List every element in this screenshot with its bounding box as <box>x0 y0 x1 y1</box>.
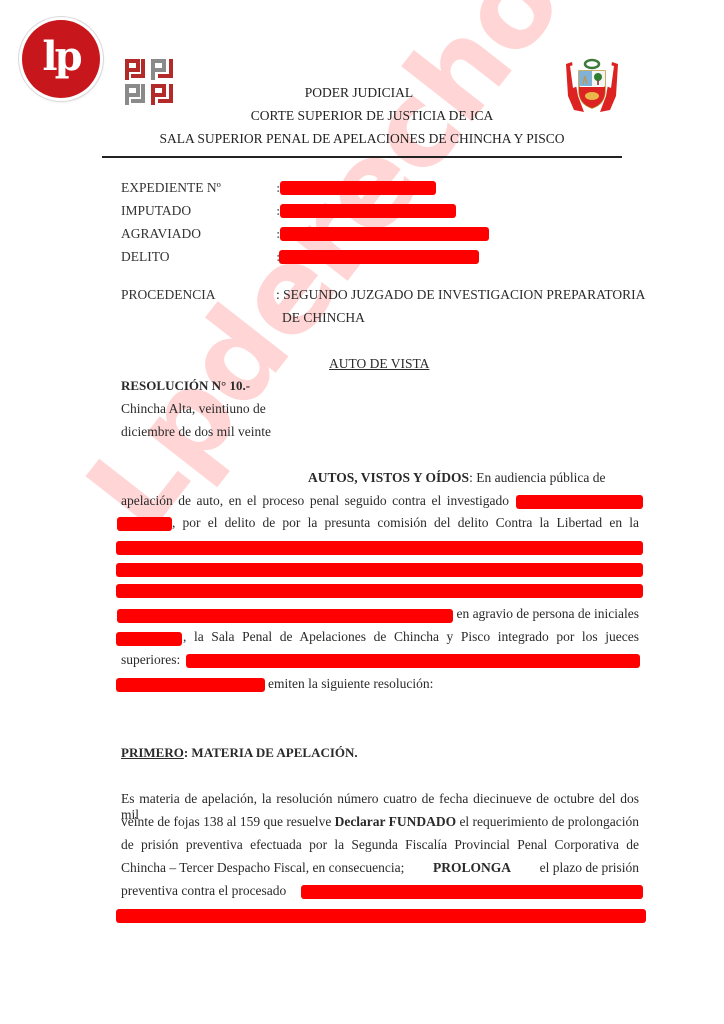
section-title: : MATERIA DE APELACIÓN. <box>184 745 358 760</box>
intro-line-2: apelación de auto, en el proceso penal s… <box>121 493 509 509</box>
section1-line-4: Chincha – Tercer Despacho Fiscal, en con… <box>121 860 639 876</box>
section1-line-3: de prisión preventiva efectuada por la S… <box>121 837 639 853</box>
chamber-name: SALA SUPERIOR PENAL DE APELACIONES DE CH… <box>0 131 724 147</box>
intro-line-9: superiores: <box>121 652 180 668</box>
intro-lead: AUTOS, VISTOS Y OÍDOS <box>308 470 469 485</box>
field-label-procedencia: PROCEDENCIA <box>121 287 216 303</box>
redacted-agraviado <box>280 227 489 241</box>
field-label-delito: DELITO <box>121 249 170 265</box>
redacted-judges-cont <box>116 678 265 692</box>
field-label-expediente: EXPEDIENTE Nº <box>121 180 221 196</box>
lp-logo-text: lp <box>42 37 79 77</box>
court-name: CORTE SUPERIOR DE JUSTICIA DE ICA <box>10 108 724 124</box>
redacted-procesado <box>301 885 643 899</box>
procedencia-value-cont: DE CHINCHA <box>282 310 365 326</box>
redacted-expediente <box>280 181 436 195</box>
intro-line-3: , por el delito de por la presunta comis… <box>172 515 639 531</box>
redacted-initials <box>116 632 182 646</box>
declarar-fundado: Declarar FUNDADO <box>335 814 457 830</box>
section1-line-4b: el plazo de prisión <box>540 860 639 876</box>
redacted-line <box>116 584 643 598</box>
header-divider <box>102 156 622 158</box>
section1-line-2: veinte de fojas 138 al 159 que resuelve … <box>121 814 639 830</box>
redacted-investigado <box>516 495 643 509</box>
field-label-agraviado: AGRAVIADO <box>121 226 201 242</box>
section1-line-2a: veinte de fojas 138 al 159 que resuelve <box>121 814 331 830</box>
intro-line-7: en agravio de persona de iniciales <box>454 606 639 622</box>
prolonga: PROLONGA <box>433 860 511 876</box>
resolution-date-cont: diciembre de dos mil veinte <box>121 424 271 440</box>
institution-name: PODER JUDICIAL <box>0 85 721 101</box>
document-title: AUTO DE VISTA <box>329 356 429 372</box>
resolution-number: RESOLUCIÓN N° 10.- <box>121 378 250 394</box>
redacted-investigado-cont <box>117 517 172 531</box>
redacted-line <box>116 541 643 555</box>
intro-line-1: AUTOS, VISTOS Y OÍDOS: En audiencia públ… <box>308 470 639 486</box>
field-label-imputado: IMPUTADO <box>121 203 191 219</box>
intro-line-10: emiten la siguiente resolución: <box>268 676 433 692</box>
intro-line-1-text: : En audiencia pública de <box>469 470 605 485</box>
section-number: PRIMERO <box>121 745 184 760</box>
redacted-judges <box>186 654 640 668</box>
section-heading-primero: PRIMERO: MATERIA DE APELACIÓN. <box>121 745 358 761</box>
section1-line-4a: Chincha – Tercer Despacho Fiscal, en con… <box>121 860 404 876</box>
resolution-date: Chincha Alta, veintiuno de <box>121 401 266 417</box>
redacted-line-partial <box>117 609 453 623</box>
section1-line-5: preventiva contra el procesado <box>121 883 286 899</box>
redacted-delito <box>279 250 479 264</box>
redacted-imputado <box>280 204 456 218</box>
procedencia-value: : SEGUNDO JUZGADO DE INVESTIGACION PREPA… <box>276 287 645 303</box>
intro-line-8: , la Sala Penal de Apelaciones de Chinch… <box>183 629 639 645</box>
redacted-line <box>116 909 646 923</box>
redacted-line <box>116 563 643 577</box>
section1-line-2b: el requerimiento de prolongación <box>459 814 639 830</box>
